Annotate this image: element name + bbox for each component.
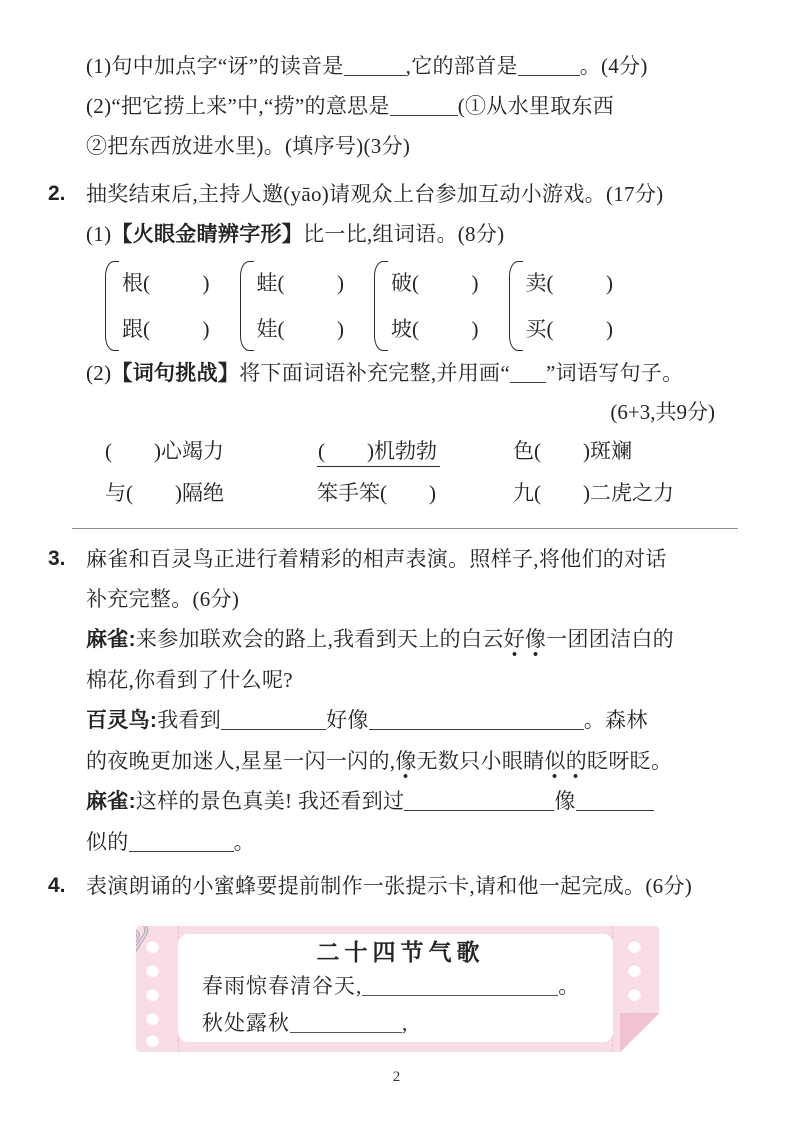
- q2-sub1-title: (1)【火眼金睛辨字形】比一比,组词语。(8分): [86, 214, 743, 255]
- punch-hole: [628, 964, 641, 977]
- question-2: 2. 抽奖结束后,主持人邀(yāo)请观众上台参加互动小游戏。(17分) (1)…: [48, 174, 743, 514]
- pair-bottom: 跟( ): [122, 308, 210, 350]
- punch-hole: [628, 988, 641, 1001]
- q3-stem-line1: 麻雀和百灵鸟正进行着精彩的相声表演。照样子,将他们的对话: [86, 539, 743, 579]
- pair-top: 蛙( ): [257, 262, 345, 304]
- word-pair-group: 蛙( ) 娃( ): [240, 261, 345, 351]
- word-pair-group: 卖( ) 买( ): [509, 261, 614, 351]
- dialog-text: 似的: [86, 830, 129, 854]
- left-brace-icon: [240, 261, 254, 351]
- dialog-text: 无数只小眼睛: [417, 749, 545, 773]
- idiom-item: ( )心竭力: [105, 430, 317, 472]
- dialog-text: 这样的景色真美! 我还看到过: [136, 789, 404, 813]
- section-divider: [72, 528, 738, 529]
- dialog-maque-line1: 麻雀:来参加联欢会的路上,我看到天上的白云好像一团团洁白的: [86, 619, 743, 660]
- card-line-1: 春雨惊春清谷天,。: [202, 968, 599, 1005]
- page-number: 2: [0, 1069, 793, 1086]
- punch-hole: [146, 1034, 159, 1047]
- q2-sub1-rest: 比一比,组词语。(8分): [303, 222, 504, 246]
- speaker-label: 百灵鸟:: [86, 709, 157, 732]
- answer-blank: [221, 714, 326, 730]
- word-pairs-row: 根( ) 跟( ) 蛙( ) 娃( ): [105, 261, 743, 351]
- quoted-line-mark: [510, 367, 546, 383]
- answer-blank: [290, 1017, 402, 1033]
- punch-hole: [628, 940, 641, 953]
- card-folded-corner: [620, 1013, 659, 1052]
- q2-sub2-num: (2): [86, 361, 111, 385]
- dialog-text: 。森林: [584, 708, 648, 732]
- q4-stem: 表演朗诵的小蜜蜂要提前制作一张提示卡,请和他一起完成。(6分): [86, 866, 743, 906]
- dialog-text: 一团团洁白的: [546, 627, 674, 651]
- q1-sub2-line1: (2)“把它捞上来”中,“捞”的意思是(①从水里取东西: [86, 86, 743, 126]
- idiom-item: 九( )二虎之力: [513, 472, 743, 514]
- card-title: 二十四节气歌: [202, 936, 599, 968]
- card-text: 秋处露秋: [202, 1011, 290, 1035]
- idiom-item-underlined: ( )机勃勃: [317, 439, 440, 467]
- speaker-label: 麻雀:: [86, 790, 136, 813]
- left-brace-icon: [374, 261, 388, 351]
- answer-blank: [518, 60, 580, 76]
- pair-top: 根( ): [122, 262, 210, 304]
- q1-sub1-line: (1)句中加点字“讶”的读音是,它的部首是。(4分): [86, 46, 743, 86]
- q2-sub1-num: (1): [86, 222, 111, 246]
- dialog-text: 眨呀眨。: [587, 749, 672, 773]
- pair-top: 破( ): [391, 262, 479, 304]
- q2-sub2-score: (6+3,共9分): [86, 394, 743, 430]
- answer-blank: [129, 836, 234, 852]
- q3-dialog: 麻雀:来参加联欢会的路上,我看到天上的白云好像一团团洁白的 棉花,你看到了什么呢…: [86, 619, 743, 862]
- question-1-block: (1)句中加点字“讶”的读音是,它的部首是。(4分) (2)“把它捞上来”中,“…: [86, 46, 743, 166]
- answer-blank: [390, 100, 458, 116]
- q1-sub2-line2: ②把东西放进水里)。(填序号)(3分): [86, 126, 743, 166]
- emphasized-text: 似的: [544, 749, 587, 779]
- left-brace-icon: [509, 261, 523, 351]
- pair-bottom: 坡( ): [391, 308, 479, 350]
- punch-hole: [146, 1012, 159, 1025]
- question-3: 3. 麻雀和百灵鸟正进行着精彩的相声表演。照样子,将他们的对话 补充完整。(6分…: [48, 539, 743, 619]
- card-text: 。: [558, 974, 580, 998]
- speaker-label: 麻雀:: [86, 628, 136, 651]
- question-2-number: 2.: [48, 174, 86, 514]
- dialog-text: 来参加联欢会的路上,我看到天上的白云: [136, 627, 504, 651]
- pair-bottom: 娃( ): [257, 308, 345, 350]
- card-content: 二十四节气歌 春雨惊春清谷天,。 秋处露秋,。: [202, 936, 599, 1040]
- answer-blank: [362, 980, 558, 996]
- dialog-text: 我看到: [157, 708, 221, 732]
- question-3-number: 3.: [48, 539, 86, 619]
- punch-hole: [146, 988, 159, 1001]
- q1-sub1-text-pre: (1)句中加点字“讶”的读音是: [86, 54, 344, 78]
- q1-sub2-text-end: (①从水里取东西: [458, 94, 614, 118]
- q1-sub2-text-pre: (2)“把它捞上来”中,“捞”的意思是: [86, 94, 390, 118]
- left-brace-icon: [105, 261, 119, 351]
- question-4: 4. 表演朗诵的小蜜蜂要提前制作一张提示卡,请和他一起完成。(6分): [48, 866, 743, 906]
- idiom-item: 与( )隔绝: [105, 472, 317, 514]
- idiom-row-2: 与( )隔绝 笨手笨( ) 九( )二虎之力: [105, 472, 743, 514]
- dialog-maque2-line1: 麻雀:这样的景色真美! 我还看到过像: [86, 781, 743, 822]
- word-pair-group: 破( ) 坡( ): [374, 261, 479, 351]
- pair-top: 卖( ): [526, 262, 614, 304]
- emphasized-text: 像: [395, 749, 416, 779]
- question-4-number: 4.: [48, 866, 86, 906]
- pair-bottom: 买( ): [526, 308, 614, 350]
- dialog-maque2-line2: 似的。: [86, 822, 743, 862]
- hint-card: 二十四节气歌 春雨惊春清谷天,。 秋处露秋,。: [136, 926, 659, 1052]
- dialog-text: 的夜晚更加迷人,星星一闪一闪的,: [86, 749, 395, 773]
- dialog-text: 像: [554, 789, 575, 813]
- q2-stem: 抽奖结束后,主持人邀(yāo)请观众上台参加互动小游戏。(17分): [86, 174, 743, 214]
- q2-sub2-rest1: 将下面词语补充完整,并用画“: [239, 361, 510, 385]
- word-pair-group: 根( ) 跟( ): [105, 261, 210, 351]
- q2-sub2-rest2: ”词语写句子。: [546, 361, 683, 385]
- worksheet-page: (1)句中加点字“讶”的读音是,它的部首是。(4分) (2)“把它捞上来”中,“…: [0, 0, 793, 1122]
- idiom-row-1: ( )心竭力 ( )机勃勃 色( )斑斓: [105, 430, 743, 472]
- card-text: 春雨惊春清谷天,: [202, 974, 362, 998]
- q1-sub1-text-end: 。(4分): [580, 54, 648, 78]
- q2-sub2-title: (2)【词句挑战】将下面词语补充完整,并用画“”词语写句子。: [86, 353, 743, 394]
- answer-blank: [344, 60, 406, 76]
- answer-blank: [576, 795, 654, 811]
- idiom-item: 色( )斑斓: [513, 430, 743, 472]
- emphasized-text: 好像: [504, 627, 547, 657]
- idiom-item: 笨手笨( ): [317, 472, 513, 514]
- q2-sub1-tag: 【火眼金睛辨字形】: [111, 223, 303, 246]
- answer-blank: [404, 795, 554, 811]
- card-line-2: 秋处露秋,。: [202, 1005, 599, 1079]
- q3-stem-line2: 补充完整。(6分): [86, 579, 743, 619]
- answer-blank: [202, 1054, 417, 1070]
- answer-blank: [369, 714, 584, 730]
- dialog-maque-line2: 棉花,你看到了什么呢?: [86, 660, 743, 700]
- q2-sub2-tag: 【词句挑战】: [111, 362, 239, 385]
- punch-hole: [146, 964, 159, 977]
- q1-sub1-text-mid: ,它的部首是: [406, 54, 518, 78]
- dialog-bailingniao-line1: 百灵鸟:我看到好像。森林: [86, 700, 743, 741]
- dialog-text: 好像: [326, 708, 369, 732]
- dialog-bailingniao-line2: 的夜晚更加迷人,星星一闪一闪的,像无数只小眼睛似的眨呀眨。: [86, 741, 743, 781]
- dialog-text: 。: [234, 830, 255, 854]
- card-text: ,: [402, 1011, 408, 1035]
